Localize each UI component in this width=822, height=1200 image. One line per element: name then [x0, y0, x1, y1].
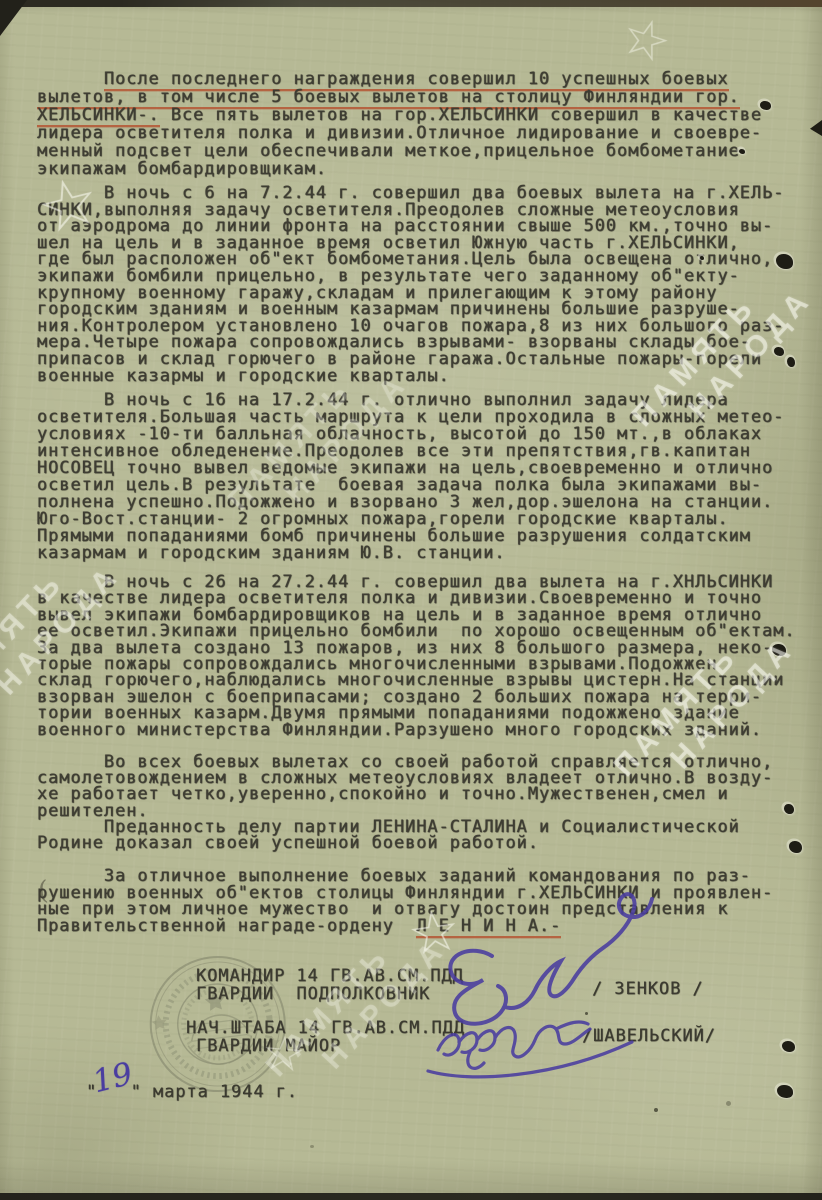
ink-speck: [310, 1145, 314, 1148]
text-line: хе работает четко,уверенно,спокойно и то…: [37, 786, 799, 802]
text-line: казармам и городским зданиям Ю.В. станци…: [37, 545, 799, 562]
text-line: военные казармы и городские кварталы.: [37, 368, 799, 385]
commander-title-line1: КОМАНДИР 14 ГВ.АВ.СМ.ПДД: [196, 966, 464, 986]
text-line: менный подсвет цели обеспечивали меткое,…: [37, 142, 799, 160]
paper-hole: [739, 149, 745, 154]
ink-speck: [654, 1108, 658, 1112]
citation-paragraph-5: Во всех боевых вылетах со своей работой …: [37, 754, 799, 851]
text-line: После последнего награждения совершил 10…: [37, 70, 799, 88]
paper-hole: [782, 1041, 795, 1052]
text-line: Родине доказал своей успешной боевой раб…: [37, 835, 799, 851]
paper-hole: [784, 804, 794, 814]
paper-hole: [700, 256, 704, 260]
paper-hole: [776, 254, 793, 269]
citation-paragraph-1: После последнего награждения совершил 10…: [37, 70, 799, 178]
edge-tear-right: [810, 120, 822, 136]
commander-name: / ЗЕНКОВ /: [592, 979, 704, 999]
star-watermark-icon: ☆: [613, 2, 679, 77]
paper-hole: [777, 1085, 793, 1098]
bottom-edge-shadow: [0, 1193, 822, 1200]
paper-hole: [787, 357, 795, 367]
text-line: лидера осветителя полка и дивизии.Отличн…: [37, 124, 799, 142]
paper-hole: [774, 347, 784, 356]
ink-speck: [726, 1101, 731, 1106]
citation-paragraph-4: В ночь с 26 на 27.2.44 г. совершил два в…: [37, 574, 799, 738]
chief-of-staff-name: /ШАВЕЛЬСКИЙ/: [582, 1026, 716, 1046]
paper-hole: [772, 644, 786, 656]
commander-title-line2: ГВАРДИИ ПОДПОЛКОВНИК: [196, 984, 430, 1004]
ink-speck: [585, 1012, 588, 1015]
top-edge-shadow: [0, 0, 822, 7]
text-line: экипажам бомбардировщикам.: [37, 160, 799, 178]
citation-paragraph-2: В ночь с 6 на 7.2.44 г. совершил два бое…: [37, 185, 799, 384]
chief-of-staff-title-line1: НАЧ.ШТАБА 14 ГВ.АВ.СМ.ПДД: [186, 1018, 465, 1038]
text-line: ХЕЛЬСИНКИ-. Все пять вылетов на гор.ХЕЛЬ…: [37, 106, 799, 124]
award-citation-scan: После последнего награждения совершил 10…: [0, 0, 822, 1200]
paper-hole: [789, 841, 802, 853]
text-line: Правительственной награде-ордену Л Е Н И…: [37, 918, 799, 935]
citation-paragraph-3: В ночь с 16 на 17.2.44 г. отлично выполн…: [37, 392, 799, 562]
paper-hole: [760, 101, 771, 110]
text-line: военного министерства Финляндии.Рарзушен…: [37, 722, 799, 738]
citation-paragraph-6: За отличное выполнение боевых заданий ко…: [37, 868, 799, 934]
text-line: вылетов, в том числе 5 боевых вылетов на…: [37, 88, 799, 106]
chief-of-staff-title-line2: ГВАРДИИ МАЙОР: [196, 1036, 341, 1056]
